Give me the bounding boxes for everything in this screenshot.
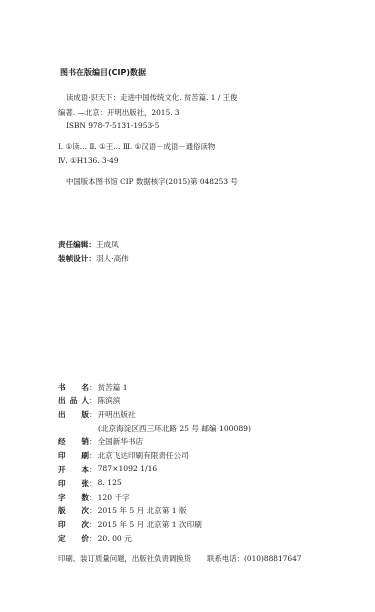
info-label-char: 数 (81, 492, 89, 503)
info-label: 经销 (58, 436, 89, 447)
info-label-char: 刷 (81, 450, 89, 461)
info-label: 印刷 (58, 450, 89, 461)
info-value: 20. 00 元 (98, 533, 132, 544)
info-colon (89, 423, 97, 434)
info-colon: ： (89, 395, 97, 406)
info-row: 书名：贫苦篇 1 (58, 382, 128, 393)
info-colon: ： (89, 533, 97, 544)
info-label: 印次 (58, 519, 89, 530)
info-value: 8. 125 (98, 478, 122, 489)
info-label-char: 印 (58, 519, 66, 530)
info-row: 印刷：北京飞达印刷有限责任公司 (58, 450, 189, 461)
info-value: 2015 年 5 月 北京第 1 次印刷 (98, 519, 202, 530)
info-label-char: 出 (58, 395, 66, 406)
cip-heading: 图书在版编目(CIP)数据 (60, 67, 146, 78)
info-row: 出版：开明出版社 (58, 409, 136, 420)
cip-record-number: 中国版本图书馆 CIP 数据核字(2015)第 048253 号 (66, 176, 238, 187)
info-value: 北京飞达印刷有限责任公司 (98, 450, 189, 461)
info-label-char: 印 (58, 478, 66, 489)
credit-designer: 装帧设计：羽人·高伟 (58, 253, 129, 264)
info-label-char: 次 (81, 505, 89, 516)
info-colon: ： (89, 505, 97, 516)
info-row: (北京海淀区西三环北路 25 号 邮编 100089) (58, 423, 251, 434)
footer-phone: 联系电话：(010)88817647 (207, 554, 301, 563)
info-label: 出版 (58, 409, 89, 420)
info-label-char: 印 (58, 450, 66, 461)
info-value: 开明出版社 (98, 409, 136, 420)
info-value: 2015 年 5 月 北京第 1 版 (98, 505, 187, 516)
info-label: 定价 (58, 533, 89, 544)
info-label-char: 字 (58, 492, 66, 503)
footer-line: 印刷、装订质量问题，出版社负责调换货联系电话：(010)88817647 (58, 553, 302, 564)
info-value: 120 千字 (98, 492, 130, 503)
info-colon: ： (89, 409, 97, 420)
info-colon: ： (89, 436, 97, 447)
cip-classification-1: Ⅰ. ①读… Ⅱ. ①王… Ⅲ. ①汉语－成语－通俗读物 (58, 141, 215, 152)
info-label (58, 423, 89, 434)
info-label-char: 本 (81, 464, 89, 475)
credit-designer-label: 装帧设计： (58, 254, 96, 263)
info-row: 开本：787×1092 1/16 (58, 464, 157, 475)
info-label-char: 名 (81, 382, 89, 393)
credit-designer-value: 羽人·高伟 (96, 254, 129, 263)
info-colon: ： (89, 478, 97, 489)
info-row: 定价：20. 00 元 (58, 533, 132, 544)
cip-classification-2: Ⅳ. ①H136. 3-49 (58, 156, 119, 165)
info-label: 字数 (58, 492, 89, 503)
info-value: 贫苦篇 1 (98, 382, 128, 393)
info-value: (北京海淀区西三环北路 25 号 邮编 100089) (98, 423, 251, 434)
info-label-char: 开 (58, 464, 66, 475)
credit-editor-value: 王成凤 (96, 240, 119, 249)
info-label: 印张 (58, 478, 89, 489)
info-label-char: 张 (81, 478, 89, 489)
info-colon: ： (89, 450, 97, 461)
info-label-char: 人 (81, 395, 89, 406)
info-row: 经销：全国新华书店 (58, 436, 143, 447)
info-label-char: 书 (58, 382, 66, 393)
cip-publisher-line: 编著. —北京：开明出版社，2015. 3 (58, 107, 180, 118)
info-colon: ： (89, 519, 97, 530)
info-label: 书名 (58, 382, 89, 393)
footer-notice: 印刷、装订质量问题，出版社负责调换货 (58, 554, 191, 563)
info-label-char: 版 (58, 505, 66, 516)
info-colon: ： (89, 464, 97, 475)
info-label-char: 次 (81, 519, 89, 530)
credit-editor: 责任编辑：王成凤 (58, 239, 119, 250)
info-value: 全国新华书店 (98, 436, 144, 447)
cip-title-line: 读成语·识天下：走进中国传统文化. 贫苦篇. 1 / 王俊 (66, 92, 237, 103)
info-row: 版次：2015 年 5 月 北京第 1 版 (58, 505, 187, 516)
info-label-char: 销 (81, 436, 89, 447)
info-label-char: 定 (58, 533, 66, 544)
info-label-char: 经 (58, 436, 66, 447)
info-label-char: 出 (58, 409, 66, 420)
info-row: 出品人：陈滨滨 (58, 395, 120, 406)
info-value: 陈滨滨 (98, 395, 121, 406)
info-label-char: 版 (81, 409, 89, 420)
info-colon: ： (89, 492, 97, 503)
credit-editor-label: 责任编辑： (58, 240, 96, 249)
info-label: 开本 (58, 464, 89, 475)
info-colon: ： (89, 382, 97, 393)
info-label-char: 品 (70, 395, 78, 406)
info-row: 印张：8. 125 (58, 478, 122, 489)
info-value: 787×1092 1/16 (98, 464, 158, 475)
info-label-char: 价 (81, 533, 89, 544)
info-label: 版次 (58, 505, 89, 516)
info-label: 出品人 (58, 395, 89, 406)
cip-isbn: ISBN 978-7-5131-1953-5 (66, 121, 159, 130)
info-row: 字数：120 千字 (58, 492, 130, 503)
info-row: 印次：2015 年 5 月 北京第 1 次印刷 (58, 519, 202, 530)
